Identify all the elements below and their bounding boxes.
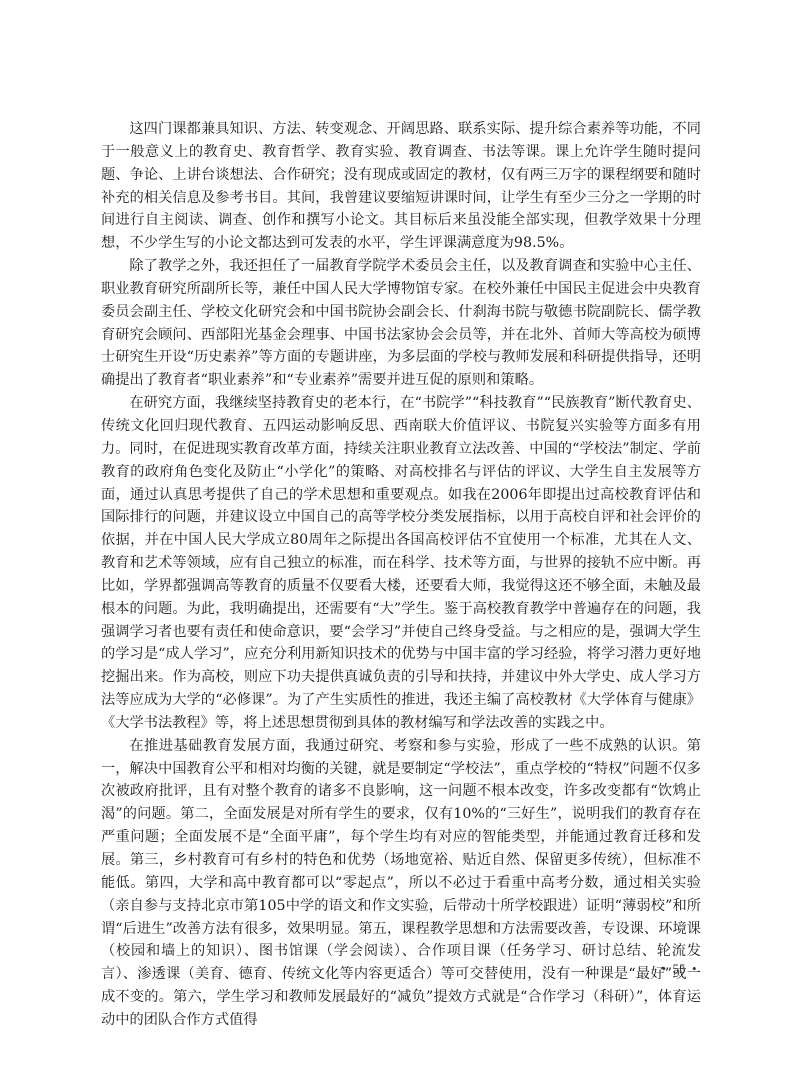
document-page: 这四门课都兼具知识、方法、转变观念、开阔思路、联系实际、提升综合素养等功能，不同… [0,0,800,1077]
paragraph-course-features: 这四门课都兼具知识、方法、转变观念、开阔思路、联系实际、提升综合素养等功能，不同… [101,118,701,255]
paragraph-service-roles: 除了教学之外，我还担任了一届教育学院学术委员会主任，以及教育调查和实验中心主任、… [101,255,701,392]
body-text: 这四门课都兼具知识、方法、转变观念、开阔思路、联系实际、提升综合素养等功能，不同… [101,118,701,1032]
page-number: • 55 • [654,961,704,977]
paragraph-basic-education: 在推进基础教育发展方面，我通过研究、考察和参与实验，形成了一些不成熟的认识。第一… [101,735,701,1032]
paragraph-research: 在研究方面，我继续坚持教育史的老本行，在“书院学”“科技教育”“民族教育”断代教… [101,392,701,735]
